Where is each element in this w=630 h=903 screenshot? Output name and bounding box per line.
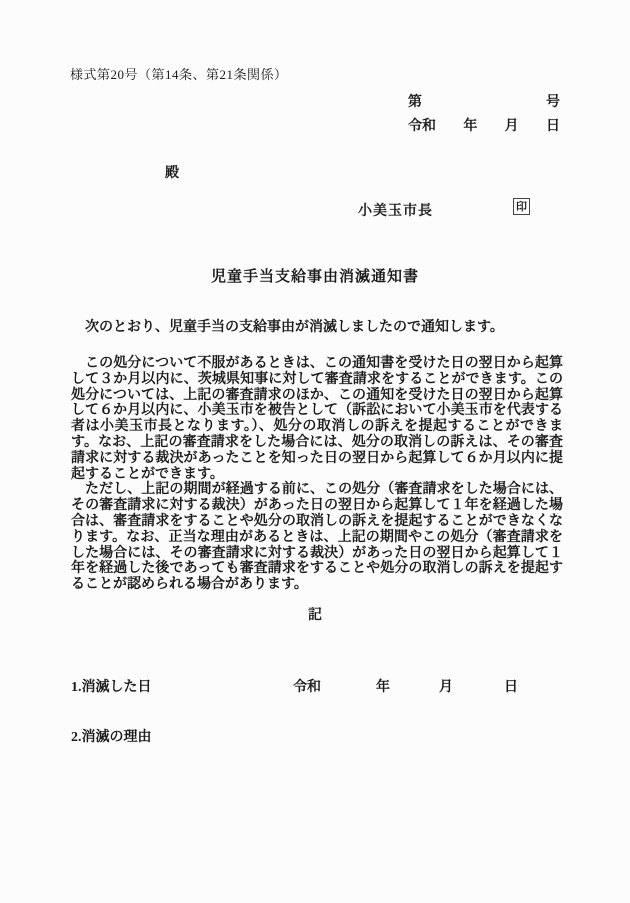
- document-title: 児童手当支給事由消滅通知書: [0, 265, 630, 286]
- year-suffix-label: 年: [463, 115, 477, 135]
- appeal-notice-body: この処分について不服があるときは、この通知書を受けた日の翌日から起算して３か月以…: [71, 356, 563, 593]
- era-label: 令和: [408, 115, 436, 135]
- day-suffix-label: 日: [546, 115, 560, 135]
- body-paragraph-1: この処分について不服があるときは、この通知書を受けた日の翌日から起算して３か月以…: [71, 356, 563, 482]
- item1-label: 1.消滅した日: [71, 676, 152, 696]
- seal-mark: 印: [513, 198, 530, 215]
- list-marker-ki: 記: [0, 604, 630, 624]
- sender-title: 小美玉市長: [358, 200, 433, 220]
- body-paragraph-2: ただし、上記の期間が経過する前に、この処分（審査請求をした場合には、その審査請求…: [71, 482, 563, 593]
- item1-month-suffix: 月: [439, 676, 453, 696]
- addressee-honorific: 殿: [165, 162, 179, 182]
- item1-row: 1.消滅した日 令和 年 月 日: [0, 676, 630, 694]
- item2-label: 2.消滅の理由: [71, 726, 152, 746]
- form-number-line: 様式第20号（第14条、第21条関係）: [70, 64, 288, 83]
- doc-number-prefix: 第: [408, 91, 422, 111]
- item1-era-label: 令和: [293, 676, 321, 696]
- month-suffix-label: 月: [505, 115, 519, 135]
- item1-day-suffix: 日: [504, 676, 518, 696]
- issue-date-row: 令和 年 月 日: [408, 115, 560, 135]
- document-page: 様式第20号（第14条、第21条関係） 第 号 令和 年 月 日 殿 小美玉市長…: [0, 0, 630, 903]
- item1-year-suffix: 年: [376, 676, 390, 696]
- intro-paragraph: 次のとおり、児童手当の支給事由が消滅しましたので通知します。: [71, 320, 563, 336]
- document-number-row: 第 号: [408, 91, 560, 111]
- doc-number-suffix: 号: [546, 91, 560, 111]
